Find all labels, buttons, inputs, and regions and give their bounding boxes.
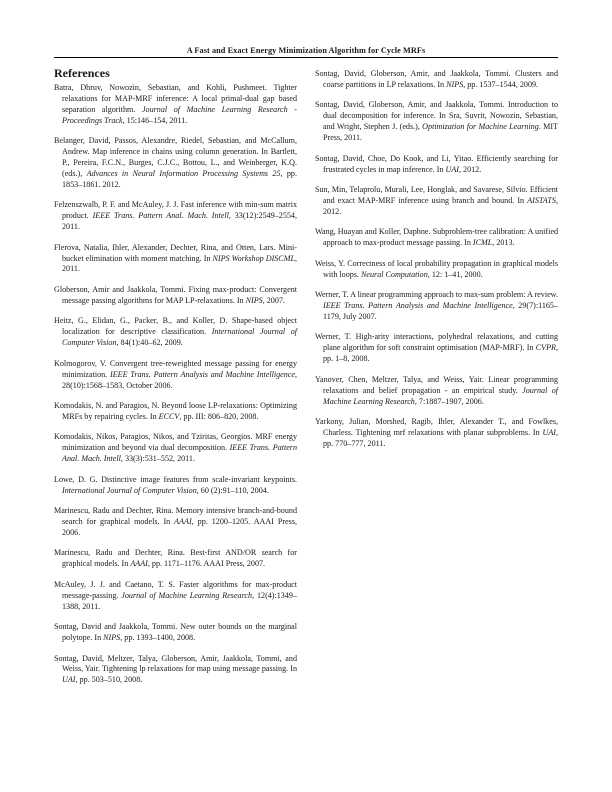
reference-text: , 2013.: [492, 238, 514, 247]
reference-venue: AISTATS: [527, 196, 556, 205]
reference-venue: UAI: [62, 675, 75, 684]
reference-text: , 2012.: [459, 165, 481, 174]
reference-entry: Komodakis, N. and Paragios, N. Beyond lo…: [54, 401, 297, 423]
reference-text: Sontag, David, Choe, Do Kook, and Li, Yi…: [315, 154, 558, 174]
reference-entry: Batra, Dhruv, Nowozin, Sebastian, and Ko…: [54, 83, 297, 127]
reference-text: , 15:146–154, 2011.: [123, 116, 188, 125]
reference-entry: McAuley, J. J. and Caetano, T. S. Faster…: [54, 580, 297, 613]
reference-entry: Yanover, Chen, Meltzer, Talya, and Weiss…: [315, 375, 558, 408]
reference-venue: CVPR: [536, 343, 556, 352]
reference-entry: Heitz, G., Elidan, G., Packer, B., and K…: [54, 316, 297, 349]
reference-entry: Yarkony, Julian, Morshed, Ragib, Ihler, …: [315, 417, 558, 450]
reference-venue: IEEE Trans. Pattern Analysis and Machine…: [323, 301, 513, 310]
reference-entry: Sontag, David, Meltzer, Talya, Globerson…: [54, 654, 297, 687]
reference-text: , pp. 1537–1544, 2009.: [463, 80, 538, 89]
reference-text: , 60 (2):91–110, 2004.: [197, 486, 269, 495]
reference-entry: Globerson, Amir and Jaakkola, Tommi. Fix…: [54, 285, 297, 307]
reference-text: , pp. 1393–1400, 2008.: [120, 633, 195, 642]
running-head-title: A Fast and Exact Energy Minimization Alg…: [54, 46, 558, 55]
reference-venue: UAI: [445, 165, 458, 174]
reference-text: Werner, T. A linear programming approach…: [315, 290, 558, 299]
reference-venue: AAAI: [130, 559, 148, 568]
reference-text: Wang, Huayan and Koller, Daphne. Subprob…: [315, 227, 558, 247]
reference-entry: Sun, Min, Telaprolu, Murali, Lee, Hongla…: [315, 185, 558, 218]
reference-entry: Werner, T. High-arity interactions, poly…: [315, 332, 558, 365]
reference-text: Sun, Min, Telaprolu, Murali, Lee, Hongla…: [315, 185, 558, 205]
reference-entry: Felzenszwalb, P. F. and McAuley, J. J. F…: [54, 200, 297, 233]
header-rule: [54, 57, 558, 58]
reference-venue: Optimization for Machine Learning: [422, 122, 539, 131]
reference-venue: UAI: [542, 428, 555, 437]
reference-text: Sontag, David, Meltzer, Talya, Globerson…: [54, 654, 297, 674]
reference-venue: International Journal of Computer Vision: [62, 486, 197, 495]
reference-entry: Marinescu, Radu and Dechter, Rina. Memor…: [54, 506, 297, 539]
reference-venue: Advances in Neural Information Processin…: [87, 169, 281, 178]
references-left-column: Batra, Dhruv, Nowozin, Sebastian, and Ko…: [54, 83, 297, 696]
reference-entry: Sontag, David, Choe, Do Kook, and Li, Yi…: [315, 154, 558, 176]
reference-entry: Sontag, David and Jaakkola, Tommi. New o…: [54, 622, 297, 644]
reference-entry: Weiss, Y. Correctness of local probabili…: [315, 259, 558, 281]
section-title: References: [54, 66, 110, 81]
reference-text: , pp. 1171–1176. AAAI Press, 2007.: [148, 559, 265, 568]
reference-text: , pp. 503–510, 2008.: [75, 675, 142, 684]
references-right-column: Sontag, David, Globerson, Amir, and Jaak…: [315, 69, 558, 459]
reference-text: , 12: 1–41, 2000.: [428, 270, 483, 279]
reference-venue: IEEE Trans. Pattern Anal. Mach. Intell: [93, 211, 229, 220]
reference-entry: Werner, T. A linear programming approach…: [315, 290, 558, 323]
reference-entry: Sontag, David, Globerson, Amir, and Jaak…: [315, 69, 558, 91]
reference-text: Lowe, D. G. Distinctive image features f…: [54, 475, 297, 484]
reference-text: Yarkony, Julian, Morshed, Ragib, Ihler, …: [315, 417, 558, 437]
reference-text: , 84(1):40–62, 2009.: [116, 338, 182, 347]
reference-entry: Kolmogorov, V. Convergent tree-reweighte…: [54, 359, 297, 392]
reference-text: , 2007.: [263, 296, 285, 305]
reference-entry: Wang, Huayan and Koller, Daphne. Subprob…: [315, 227, 558, 249]
reference-venue: NIPS: [103, 633, 120, 642]
reference-venue: Neural Computation: [361, 270, 428, 279]
reference-entry: Sontag, David, Globerson, Amir, and Jaak…: [315, 100, 558, 144]
reference-entry: Belanger, David, Passos, Alexandre, Ried…: [54, 136, 297, 191]
reference-entry: Lowe, D. G. Distinctive image features f…: [54, 475, 297, 497]
reference-venue: IEEE Trans. Pattern Analysis and Machine…: [110, 370, 295, 379]
reference-entry: Komodakis, Nikos, Paragios, Nikos, and T…: [54, 432, 297, 465]
reference-text: , 33(3):531–552, 2011.: [121, 454, 195, 463]
reference-entry: Flerova, Natalia, Ihler, Alexander, Dech…: [54, 243, 297, 276]
reference-venue: ICML: [473, 238, 492, 247]
reference-text: , pp. III: 806–820, 2008.: [179, 412, 258, 421]
reference-venue: Journal of Machine Learning Research: [121, 591, 252, 600]
reference-venue: ECCV: [159, 412, 180, 421]
reference-venue: NIPS Workshop DISCML: [212, 254, 294, 263]
reference-venue: NIPS: [446, 80, 463, 89]
reference-text: Werner, T. High-arity interactions, poly…: [315, 332, 558, 352]
reference-text: , 7:1887–1907, 2006.: [415, 397, 484, 406]
reference-entry: Marinescu, Radu and Dechter, Rina. Best-…: [54, 548, 297, 570]
reference-venue: AAAI: [174, 517, 192, 526]
reference-venue: NIPS: [246, 296, 263, 305]
